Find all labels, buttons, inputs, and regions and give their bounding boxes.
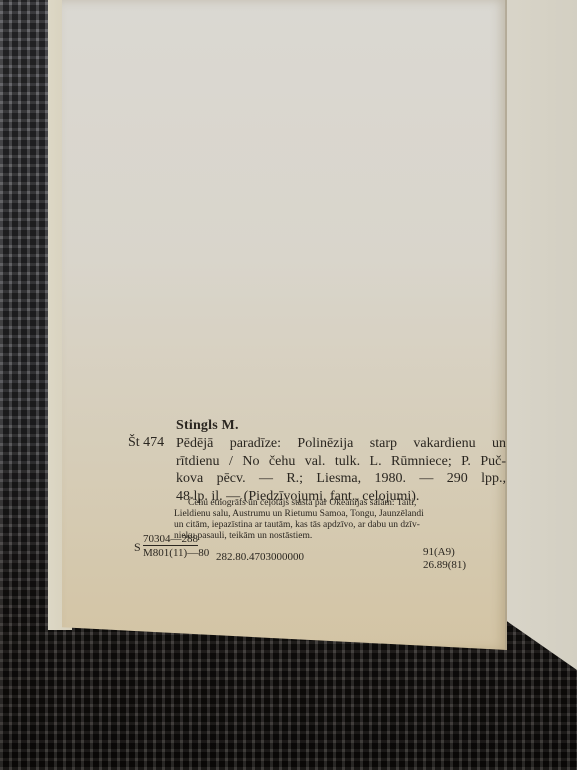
description-line: Pēdējā paradīze: Polinēzija starp vakard… — [176, 435, 506, 453]
description-line: kova pēcv. — R.; Liesma, 1980. — 290 lpp… — [176, 470, 506, 488]
code-numerator: 70304—288 — [143, 533, 198, 546]
author-name: Stingls M. — [176, 418, 239, 434]
annotation-line: Čehu etnogrāfs un ceļotājs stāsta par Ok… — [188, 498, 508, 509]
annotation: Čehu etnogrāfs un ceļotājs stāsta par Ok… — [188, 498, 508, 542]
code-prefix: S — [134, 540, 141, 555]
annotation-line: Lieldienu salu, Austrumu un Rietumu Samo… — [174, 509, 508, 520]
bibliographic-description: Pēdējā paradīze: Polinēzija starp vakard… — [176, 435, 506, 505]
right-facing-page — [500, 0, 577, 670]
classification-code: 26.89(81) — [423, 559, 466, 571]
book-gutter — [505, 0, 507, 650]
annotation-line: nieku pasauli, teikām un nostāstiem. — [174, 531, 508, 542]
classification-code: 91(A9) — [423, 546, 455, 558]
annotation-line: un citām, iepazīstina ar tautām, kas tās… — [174, 520, 508, 531]
call-number: Št 474 — [128, 435, 164, 451]
code-denominator: M801(11)—80 — [143, 547, 209, 559]
code-number: 282.80.4703000000 — [216, 551, 304, 563]
description-line: rītdienu / No čehu val. tulk. L. Rūmniec… — [176, 453, 506, 471]
